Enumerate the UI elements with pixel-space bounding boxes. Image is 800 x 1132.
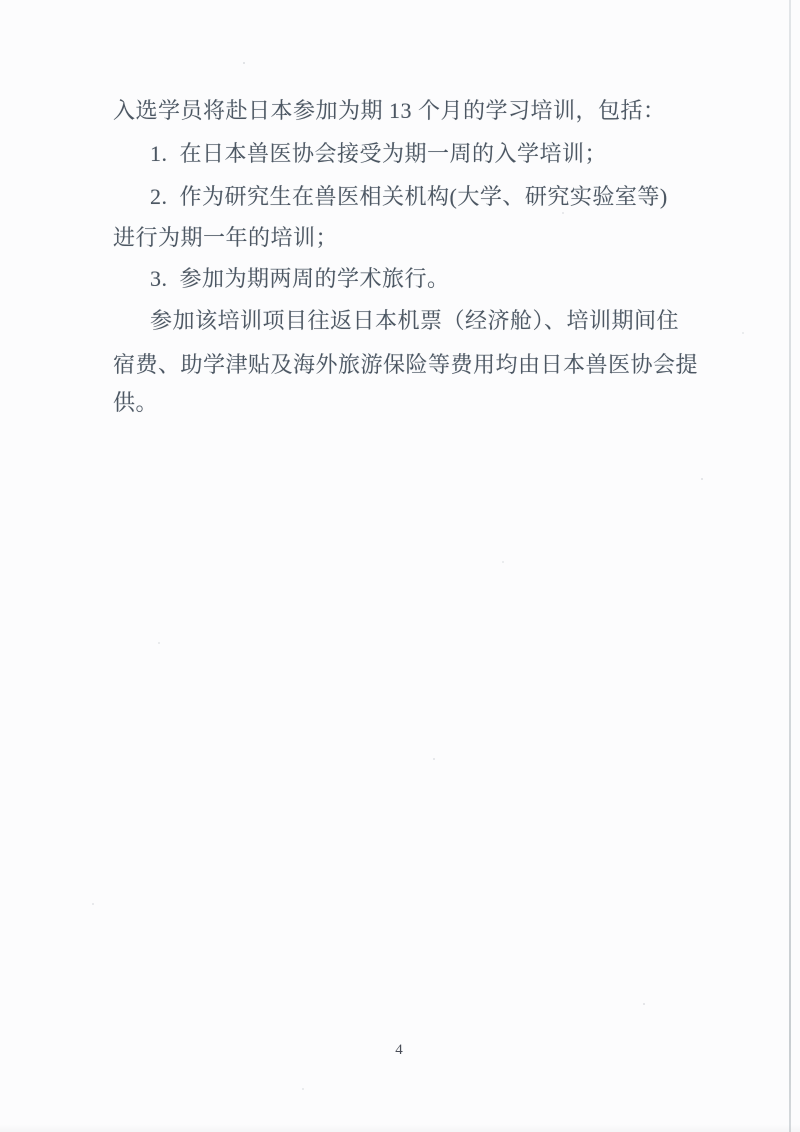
paragraph-intro-line: 入选学员将赴日本参加为期 13 个月的学习培训，包括：	[113, 98, 666, 123]
scanned-document-page: 入选学员将赴日本参加为期 13 个月的学习培训，包括： 1. 在日本兽医协会接受…	[0, 0, 800, 1132]
paragraph-funding-line-2: 宿费、助学津贴及海外旅游保险等费用均由日本兽医协会提	[113, 352, 698, 377]
list-item-1: 1. 在日本兽医协会接受为期一周的入学培训；	[150, 141, 607, 166]
list-item-3: 3. 参加为期两周的学术旅行。	[150, 266, 450, 291]
page-number: 4	[383, 1042, 415, 1059]
scan-bottom-shade	[0, 1124, 800, 1132]
list-item-2-line-1: 2. 作为研究生在兽医相关机构(大学、研究实验室等)	[150, 184, 668, 209]
paragraph-funding-line-1: 参加该培训项目往返日本机票（经济舱）、培训期间住	[150, 308, 679, 333]
list-item-2-line-2: 进行为期一年的培训；	[113, 225, 338, 250]
paragraph-funding-line-3: 供。	[113, 390, 158, 415]
scan-noise-speckles	[0, 0, 2, 2]
scan-edge-line	[789, 0, 791, 1132]
